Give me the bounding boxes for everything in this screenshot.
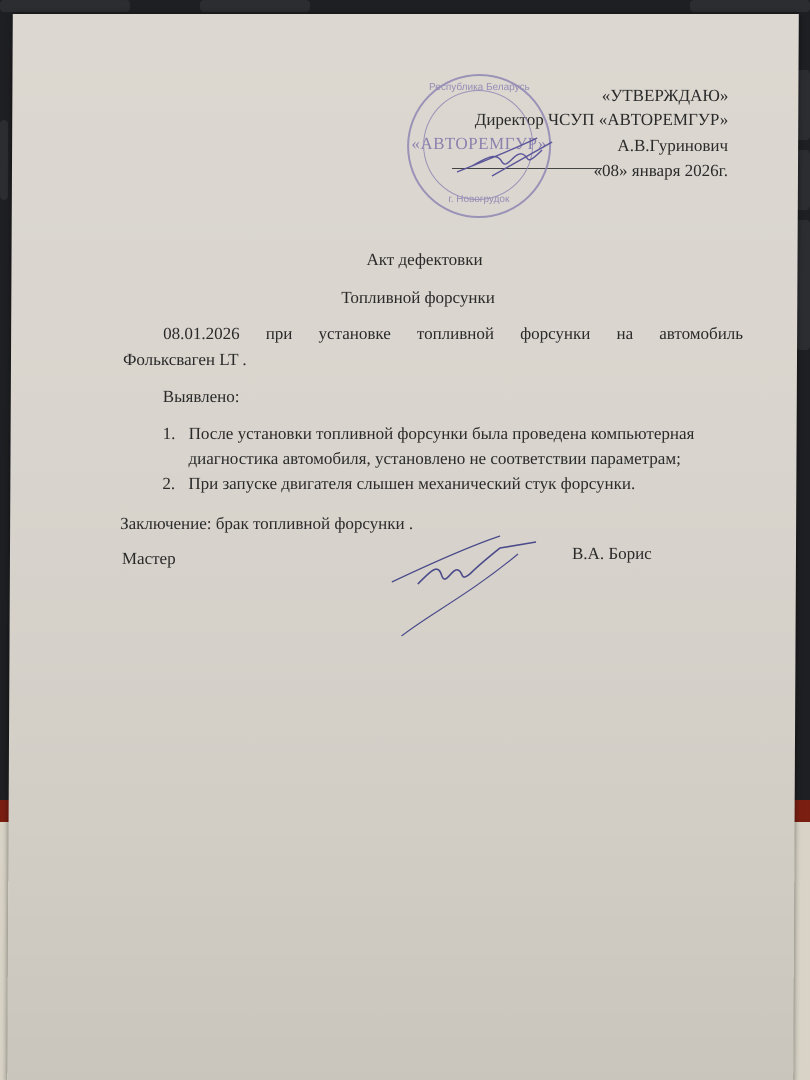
findings-heading: Выявлено: [163, 387, 240, 407]
intro-word: на [616, 324, 633, 344]
intro-line-1: 08.01.2026 при установке топливной форсу… [163, 324, 743, 344]
master-signature [390, 534, 551, 644]
key [0, 0, 130, 12]
intro-word: при [266, 324, 293, 344]
signature-role: Мастер [122, 549, 176, 569]
key [796, 150, 810, 210]
key [200, 0, 310, 12]
signature-name: В.А. Борис [572, 544, 652, 564]
intro-word: установке [318, 324, 390, 344]
key [0, 120, 8, 200]
intro-word: топливной [417, 324, 494, 344]
conclusion: Заключение: брак топливной форсунки . [120, 514, 413, 534]
key [690, 0, 810, 12]
approval-signatory: А.В.Гуринович [617, 136, 728, 156]
document-subtitle: Топливной форсунки [341, 288, 495, 308]
finding-1-number: 1. [163, 424, 176, 444]
document-paper: «УТВЕРЖДАЮ» Директор ЧСУП «АВТОРЕМГУР» А… [7, 14, 799, 1080]
director-signature [452, 132, 562, 182]
intro-word: форсунки [520, 324, 590, 344]
key [796, 220, 810, 350]
finding-1-line1: После установки топливной форсунки была … [189, 424, 695, 444]
intro-word: автомобиль [659, 324, 743, 344]
stamp-city-text: г. Новогрудок [409, 194, 549, 205]
finding-2-line1: При запуске двигателя слышен механически… [188, 474, 635, 494]
finding-1-line2: диагностика автомобиля, установлено не с… [188, 449, 680, 469]
finding-2-number: 2. [162, 474, 175, 494]
intro-line-2: Фольксваген LT . [123, 350, 247, 370]
document-title: Акт дефектовки [366, 250, 482, 270]
approval-heading: «УТВЕРЖДАЮ» [602, 86, 729, 106]
approval-date: «08» января 2026г. [594, 161, 728, 181]
intro-date: 08.01.2026 [163, 324, 240, 344]
